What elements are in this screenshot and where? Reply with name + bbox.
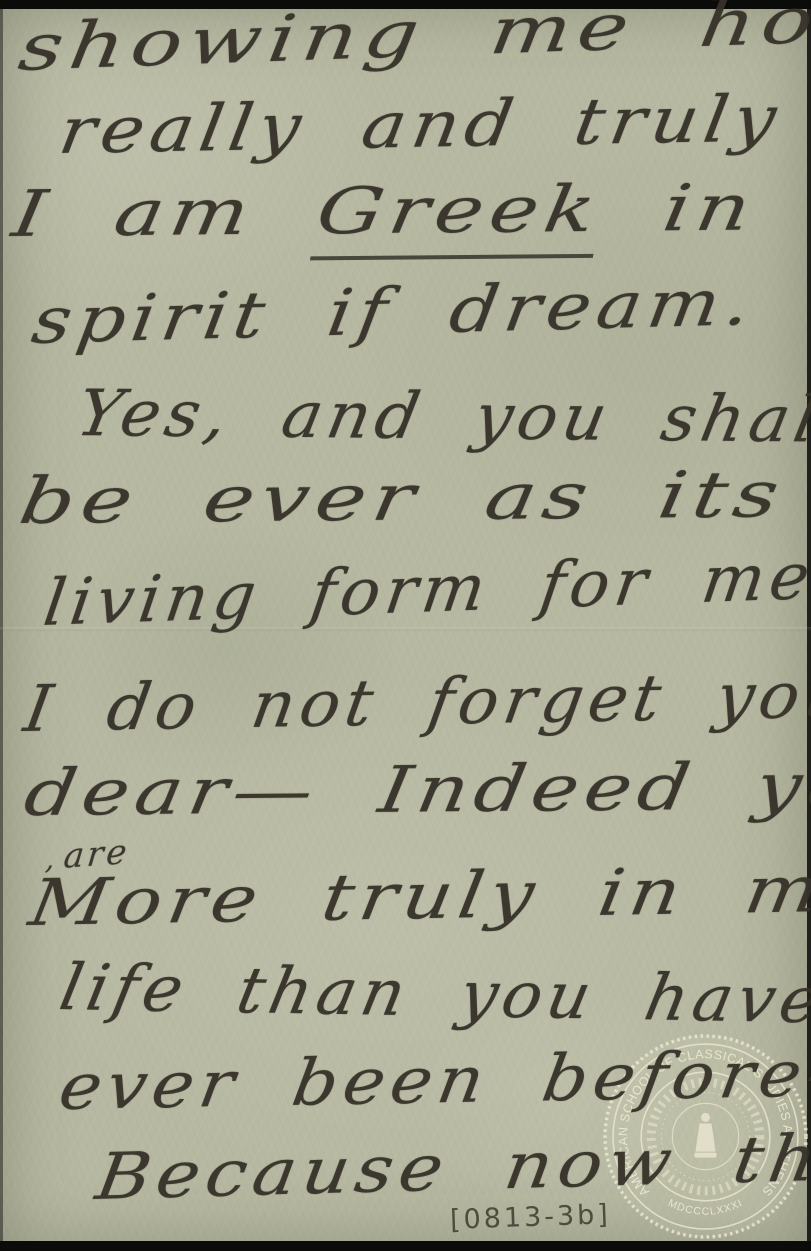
line-3-pre: I am [7,175,324,252]
handwritten-line-11: life than you have [55,956,811,1033]
handwritten-line-12: ever been before— [55,1041,811,1120]
handwritten-line-2: really and truly [55,87,786,164]
handwritten-line-13: Because now that [92,1125,811,1210]
handwritten-line-8: I do not forget you [20,663,811,742]
handwritten-line-7: living form for me. [40,544,811,636]
line-3-post: in [595,171,762,246]
handwritten-line-6: be ever as its [15,463,790,534]
letter-page: AMERICAN SCHOOL OF CLASSICAL STUDIES AT … [0,0,811,1251]
handwritten-line-1: showing me how [15,0,811,81]
catalog-number: [0813-3b] [450,1199,612,1236]
handwritten-line-5: Yes, and you shall [72,382,811,453]
scan-edge-left [0,0,3,1251]
handwritten-line-9: dear— Indeed you [20,754,811,826]
underlined-word-greek: Greek [310,173,607,261]
handwritten-line-10: More truly in my [25,857,811,936]
handwritten-line-4: spirit if dream. [28,271,760,354]
handwritten-line-3: I am Greek in [8,176,761,247]
